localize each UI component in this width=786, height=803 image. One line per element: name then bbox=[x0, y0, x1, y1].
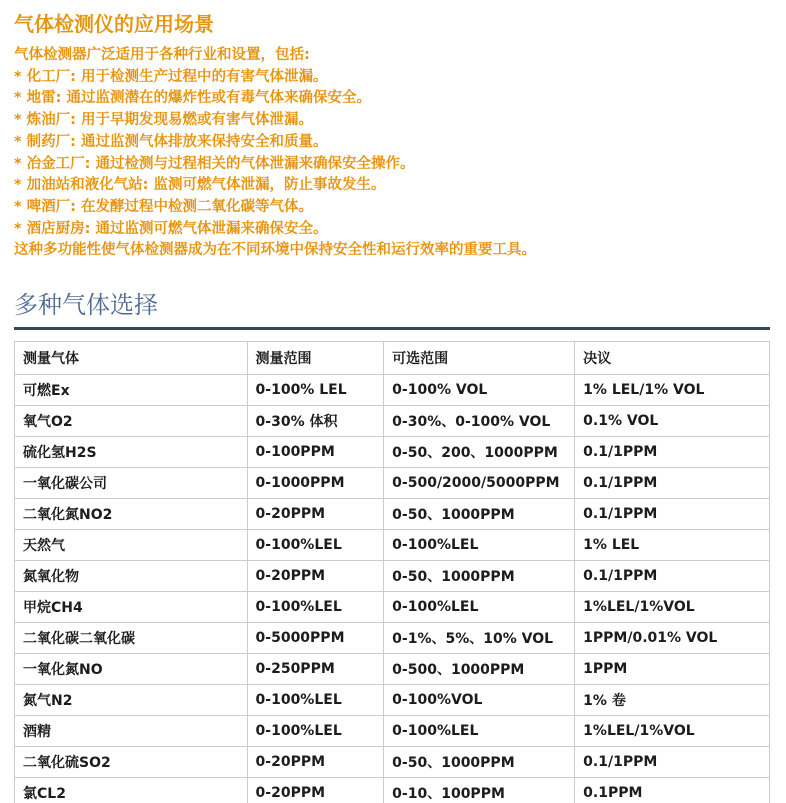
table-row: 氮氧化物0-20PPM0-50、1000PPM0.1/1PPM bbox=[15, 561, 770, 592]
page-title: 气体检测仪的应用场景 bbox=[14, 12, 770, 36]
table-row: 氯CL20-20PPM0-10、100PPM0.1PPM bbox=[15, 778, 770, 803]
column-header: 测量范围 bbox=[247, 342, 384, 375]
table-row: 硫化氢H2S0-100PPM0-50、200、1000PPM0.1/1PPM bbox=[15, 437, 770, 468]
table-cell: 0-100%LEL bbox=[384, 716, 575, 747]
table-cell: 1% LEL bbox=[575, 530, 770, 561]
table-cell: 0-20PPM bbox=[247, 499, 384, 530]
table-row: 二氧化碳二氧化碳0-5000PPM0-1%、5%、10% VOL1PPM/0.0… bbox=[15, 623, 770, 654]
table-cell: 甲烷CH4 bbox=[15, 592, 248, 623]
table-row: 天然气0-100%LEL0-100%LEL1% LEL bbox=[15, 530, 770, 561]
application-item: * 炼油厂: 用于早期发现易燃或有害气体泄漏。 bbox=[14, 110, 770, 132]
table-cell: 0-500/2000/5000PPM bbox=[384, 468, 575, 499]
table-cell: 0-50、1000PPM bbox=[384, 499, 575, 530]
table-row: 甲烷CH40-100%LEL0-100%LEL1%LEL/1%VOL bbox=[15, 592, 770, 623]
table-header-row: 测量气体测量范围可选范围决议 bbox=[15, 342, 770, 375]
table-cell: 0.1/1PPM bbox=[575, 561, 770, 592]
table-cell: 0-20PPM bbox=[247, 778, 384, 803]
application-list: * 化工厂: 用于检测生产过程中的有害气体泄漏。* 地雷: 通过监测潜在的爆炸性… bbox=[14, 67, 770, 241]
table-row: 一氧化碳公司0-1000PPM0-500/2000/5000PPM0.1/1PP… bbox=[15, 468, 770, 499]
table-cell: 氮气N2 bbox=[15, 685, 248, 716]
table-row: 氧气O20-30% 体积0-30%、0-100% VOL0.1% VOL bbox=[15, 406, 770, 437]
application-item: * 酒店厨房: 通过监测可燃气体泄漏来确保安全。 bbox=[14, 219, 770, 241]
table-cell: 0-250PPM bbox=[247, 654, 384, 685]
table-cell: 1PPM/0.01% VOL bbox=[575, 623, 770, 654]
table-cell: 氯CL2 bbox=[15, 778, 248, 803]
table-cell: 0-100%LEL bbox=[247, 530, 384, 561]
table-cell: 0.1/1PPM bbox=[575, 437, 770, 468]
table-cell: 0-20PPM bbox=[247, 747, 384, 778]
table-cell: 硫化氢H2S bbox=[15, 437, 248, 468]
table-row: 酒精0-100%LEL0-100%LEL1%LEL/1%VOL bbox=[15, 716, 770, 747]
table-cell: 0-50、1000PPM bbox=[384, 747, 575, 778]
table-cell: 二氧化碳二氧化碳 bbox=[15, 623, 248, 654]
application-item: * 加油站和液化气站: 监测可燃气体泄漏，防止事故发生。 bbox=[14, 175, 770, 197]
table-cell: 0-30% 体积 bbox=[247, 406, 384, 437]
table-cell: 0-100% LEL bbox=[247, 375, 384, 406]
table-row: 二氧化氮NO20-20PPM0-50、1000PPM0.1/1PPM bbox=[15, 499, 770, 530]
table-cell: 0-5000PPM bbox=[247, 623, 384, 654]
table-cell: 天然气 bbox=[15, 530, 248, 561]
table-cell: 1%LEL/1%VOL bbox=[575, 592, 770, 623]
table-cell: 0.1/1PPM bbox=[575, 499, 770, 530]
page: 气体检测仪的应用场景 气体检测器广泛适用于各种行业和设置，包括: * 化工厂: … bbox=[0, 0, 786, 803]
table-row: 可燃Ex0-100% LEL0-100% VOL1% LEL/1% VOL bbox=[15, 375, 770, 406]
table-cell: 一氧化碳公司 bbox=[15, 468, 248, 499]
table-cell: 0-100%LEL bbox=[384, 530, 575, 561]
table-cell: 0-50、200、1000PPM bbox=[384, 437, 575, 468]
table-cell: 0.1/1PPM bbox=[575, 747, 770, 778]
table-cell: 0.1/1PPM bbox=[575, 468, 770, 499]
table-cell: 0-100%LEL bbox=[247, 716, 384, 747]
closing-line: 这种多功能性使气体检测器成为在不同环境中保持安全性和运行效率的重要工具。 bbox=[14, 240, 770, 262]
table-cell: 1% 卷 bbox=[575, 685, 770, 716]
table-cell: 可燃Ex bbox=[15, 375, 248, 406]
intro-line: 气体检测器广泛适用于各种行业和设置，包括: bbox=[14, 45, 770, 67]
gas-selection-table: 测量气体测量范围可选范围决议 可燃Ex0-100% LEL0-100% VOL1… bbox=[14, 341, 770, 803]
column-header: 决议 bbox=[575, 342, 770, 375]
table-cell: 0-500、1000PPM bbox=[384, 654, 575, 685]
table-cell: 0-1%、5%、10% VOL bbox=[384, 623, 575, 654]
table-cell: 0-100%VOL bbox=[384, 685, 575, 716]
table-row: 二氧化硫SO20-20PPM0-50、1000PPM0.1/1PPM bbox=[15, 747, 770, 778]
table-cell: 1PPM bbox=[575, 654, 770, 685]
table-cell: 0-30%、0-100% VOL bbox=[384, 406, 575, 437]
table-cell: 0-100PPM bbox=[247, 437, 384, 468]
section-divider bbox=[14, 327, 770, 330]
table-cell: 氮氧化物 bbox=[15, 561, 248, 592]
table-cell: 氧气O2 bbox=[15, 406, 248, 437]
table-cell: 0.1PPM bbox=[575, 778, 770, 803]
table-cell: 二氧化氮NO2 bbox=[15, 499, 248, 530]
table-cell: 0-100% VOL bbox=[384, 375, 575, 406]
table-row: 一氧化氮NO0-250PPM0-500、1000PPM1PPM bbox=[15, 654, 770, 685]
table-cell: 0.1% VOL bbox=[575, 406, 770, 437]
application-item: * 冶金工厂: 通过检测与过程相关的气体泄漏来确保安全操作。 bbox=[14, 154, 770, 176]
table-cell: 0-10、100PPM bbox=[384, 778, 575, 803]
application-item: * 地雷: 通过监测潜在的爆炸性或有毒气体来确保安全。 bbox=[14, 88, 770, 110]
application-item: * 制药厂: 通过监测气体排放来保持安全和质量。 bbox=[14, 132, 770, 154]
table-cell: 0-100%LEL bbox=[247, 685, 384, 716]
table-cell: 0-100%LEL bbox=[384, 592, 575, 623]
table-cell: 1% LEL/1% VOL bbox=[575, 375, 770, 406]
table-cell: 一氧化氮NO bbox=[15, 654, 248, 685]
table-cell: 0-20PPM bbox=[247, 561, 384, 592]
column-header: 测量气体 bbox=[15, 342, 248, 375]
table-cell: 0-50、1000PPM bbox=[384, 561, 575, 592]
table-row: 氮气N20-100%LEL0-100%VOL1% 卷 bbox=[15, 685, 770, 716]
table-cell: 1%LEL/1%VOL bbox=[575, 716, 770, 747]
application-item: * 啤酒厂: 在发酵过程中检测二氧化碳等气体。 bbox=[14, 197, 770, 219]
section-title: 多种气体选择 bbox=[14, 290, 770, 320]
application-item: * 化工厂: 用于检测生产过程中的有害气体泄漏。 bbox=[14, 67, 770, 89]
table-cell: 酒精 bbox=[15, 716, 248, 747]
table-cell: 0-100%LEL bbox=[247, 592, 384, 623]
table-cell: 二氧化硫SO2 bbox=[15, 747, 248, 778]
column-header: 可选范围 bbox=[384, 342, 575, 375]
table-cell: 0-1000PPM bbox=[247, 468, 384, 499]
